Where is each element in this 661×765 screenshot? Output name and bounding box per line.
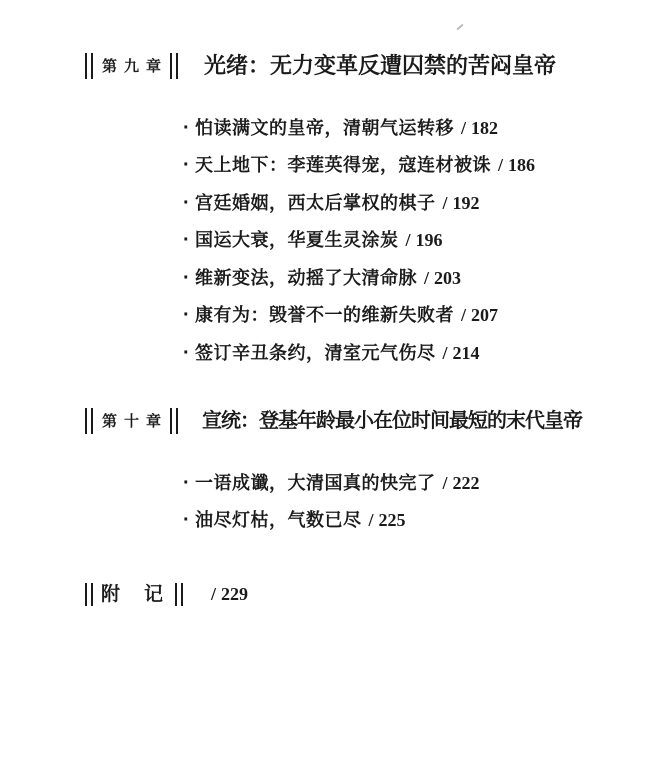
toc-entry-title: 油尽灯枯，气数已尽 (195, 511, 362, 529)
bullet-icon: · (183, 305, 195, 325)
book-toc-page: 第九章 光绪：无力变革反遭囚禁的苦闷皇帝 · 怕读满文的皇帝，清朝气运转移 / … (0, 0, 661, 765)
page-number: 225 (379, 511, 406, 529)
page-separator: / (461, 306, 466, 324)
bullet-icon: · (183, 343, 195, 363)
page-number: 186 (508, 156, 535, 174)
appendix-page: / 229 (204, 585, 248, 603)
toc-entry-page: / 192 (436, 194, 480, 212)
page-number: 229 (221, 585, 248, 603)
toc-entry: · 怕读满文的皇帝，清朝气运转移 / 182 (183, 109, 556, 147)
double-bar-icon (85, 408, 93, 434)
toc-entry-title: 国运大衰，华夏生灵涂炭 (195, 231, 399, 249)
page-separator: / (424, 269, 429, 287)
toc-entry-title: 天上地下：李莲英得宠，寇连材被诛 (195, 156, 491, 174)
toc-entry: · 天上地下：李莲英得宠，寇连材被诛 / 186 (183, 147, 556, 185)
bullet-icon: · (183, 510, 195, 530)
page-number: 196 (416, 231, 443, 249)
toc-entry-page: / 207 (454, 306, 498, 324)
page-number: 192 (453, 194, 480, 212)
chapter-heading: 第十章 宣统：登基年龄最小在位时间最短的末代皇帝 (85, 407, 582, 435)
page-separator: / (406, 231, 411, 249)
toc-entry-title: 维新变法，动摇了大清命脉 (195, 269, 417, 287)
page-separator: / (461, 119, 466, 137)
appendix-row: 附记 / 229 (85, 581, 248, 607)
page-separator: / (443, 474, 448, 492)
page-separator: / (369, 511, 374, 529)
bullet-icon: · (183, 268, 195, 288)
toc-entry-title: 康有为：毁誉不一的维新失败者 (195, 306, 454, 324)
toc-entry-page: / 222 (436, 474, 480, 492)
toc-entry: · 签订辛丑条约，清室元气伤尽 / 214 (183, 334, 556, 372)
chapter-title: 光绪：无力变革反遭囚禁的苦闷皇帝 (204, 55, 556, 77)
toc-entry-title: 签订辛丑条约，清室元气伤尽 (195, 344, 436, 362)
double-bar-icon (170, 53, 178, 79)
chapter-label: 第十章 (85, 408, 178, 434)
page-separator: / (443, 194, 448, 212)
page-number: 222 (453, 474, 480, 492)
page-number: 207 (471, 306, 498, 324)
chapter-section: 第九章 光绪：无力变革反遭囚禁的苦闷皇帝 · 怕读满文的皇帝，清朝气运转移 / … (85, 52, 556, 372)
double-bar-icon (170, 408, 178, 434)
toc-entry-page: / 225 (362, 511, 406, 529)
chapter-item-list: · 一语成谶，大清国真的快完了 / 222 · 油尽灯枯，气数已尽 / 225 (183, 464, 582, 539)
toc-entry-title: 一语成谶，大清国真的快完了 (195, 474, 436, 492)
double-bar-icon (85, 583, 93, 606)
bullet-icon: · (183, 155, 195, 175)
toc-entry-page: / 186 (491, 156, 535, 174)
page-number: 203 (434, 269, 461, 287)
toc-entry-page: / 182 (454, 119, 498, 137)
toc-entry-page: / 196 (399, 231, 443, 249)
double-bar-icon (85, 53, 93, 79)
chapter-label-text: 第十章 (93, 414, 170, 429)
page-separator: / (443, 344, 448, 362)
toc-entry-page: / 203 (417, 269, 461, 287)
chapter-heading: 第九章 光绪：无力变革反遭囚禁的苦闷皇帝 (85, 52, 556, 80)
double-bar-icon (175, 583, 183, 606)
toc-entry: · 油尽灯枯，气数已尽 / 225 (183, 502, 582, 540)
bullet-icon: · (183, 473, 195, 493)
chapter-title: 宣统：登基年龄最小在位时间最短的末代皇帝 (202, 411, 582, 431)
toc-entry-title: 怕读满文的皇帝，清朝气运转移 (195, 119, 454, 137)
page-number: 182 (471, 119, 498, 137)
chapter-label-text: 第九章 (93, 59, 170, 74)
chapter-label: 第九章 (85, 53, 178, 79)
bullet-icon: · (183, 193, 195, 213)
toc-entry: · 维新变法，动摇了大清命脉 / 203 (183, 259, 556, 297)
toc-entry-page: / 214 (436, 344, 480, 362)
chapter-section: 第十章 宣统：登基年龄最小在位时间最短的末代皇帝 · 一语成谶，大清国真的快完了… (85, 407, 582, 539)
toc-entry: · 康有为：毁誉不一的维新失败者 / 207 (183, 297, 556, 335)
appendix-label: 附记 (93, 585, 187, 604)
page-separator: / (498, 156, 503, 174)
toc-entry-title: 宫廷婚姻，西太后掌权的棋子 (195, 194, 436, 212)
toc-entry: · 宫廷婚姻，西太后掌权的棋子 / 192 (183, 184, 556, 222)
chapter-item-list: · 怕读满文的皇帝，清朝气运转移 / 182 · 天上地下：李莲英得宠，寇连材被… (183, 109, 556, 372)
toc-entry: · 国运大衰，华夏生灵涂炭 / 196 (183, 222, 556, 260)
page-number: 214 (453, 344, 480, 362)
bullet-icon: · (183, 118, 195, 138)
bullet-icon: · (183, 230, 195, 250)
ink-speck (456, 24, 463, 31)
toc-entry: · 一语成谶，大清国真的快完了 / 222 (183, 464, 582, 502)
page-separator: / (211, 585, 216, 603)
